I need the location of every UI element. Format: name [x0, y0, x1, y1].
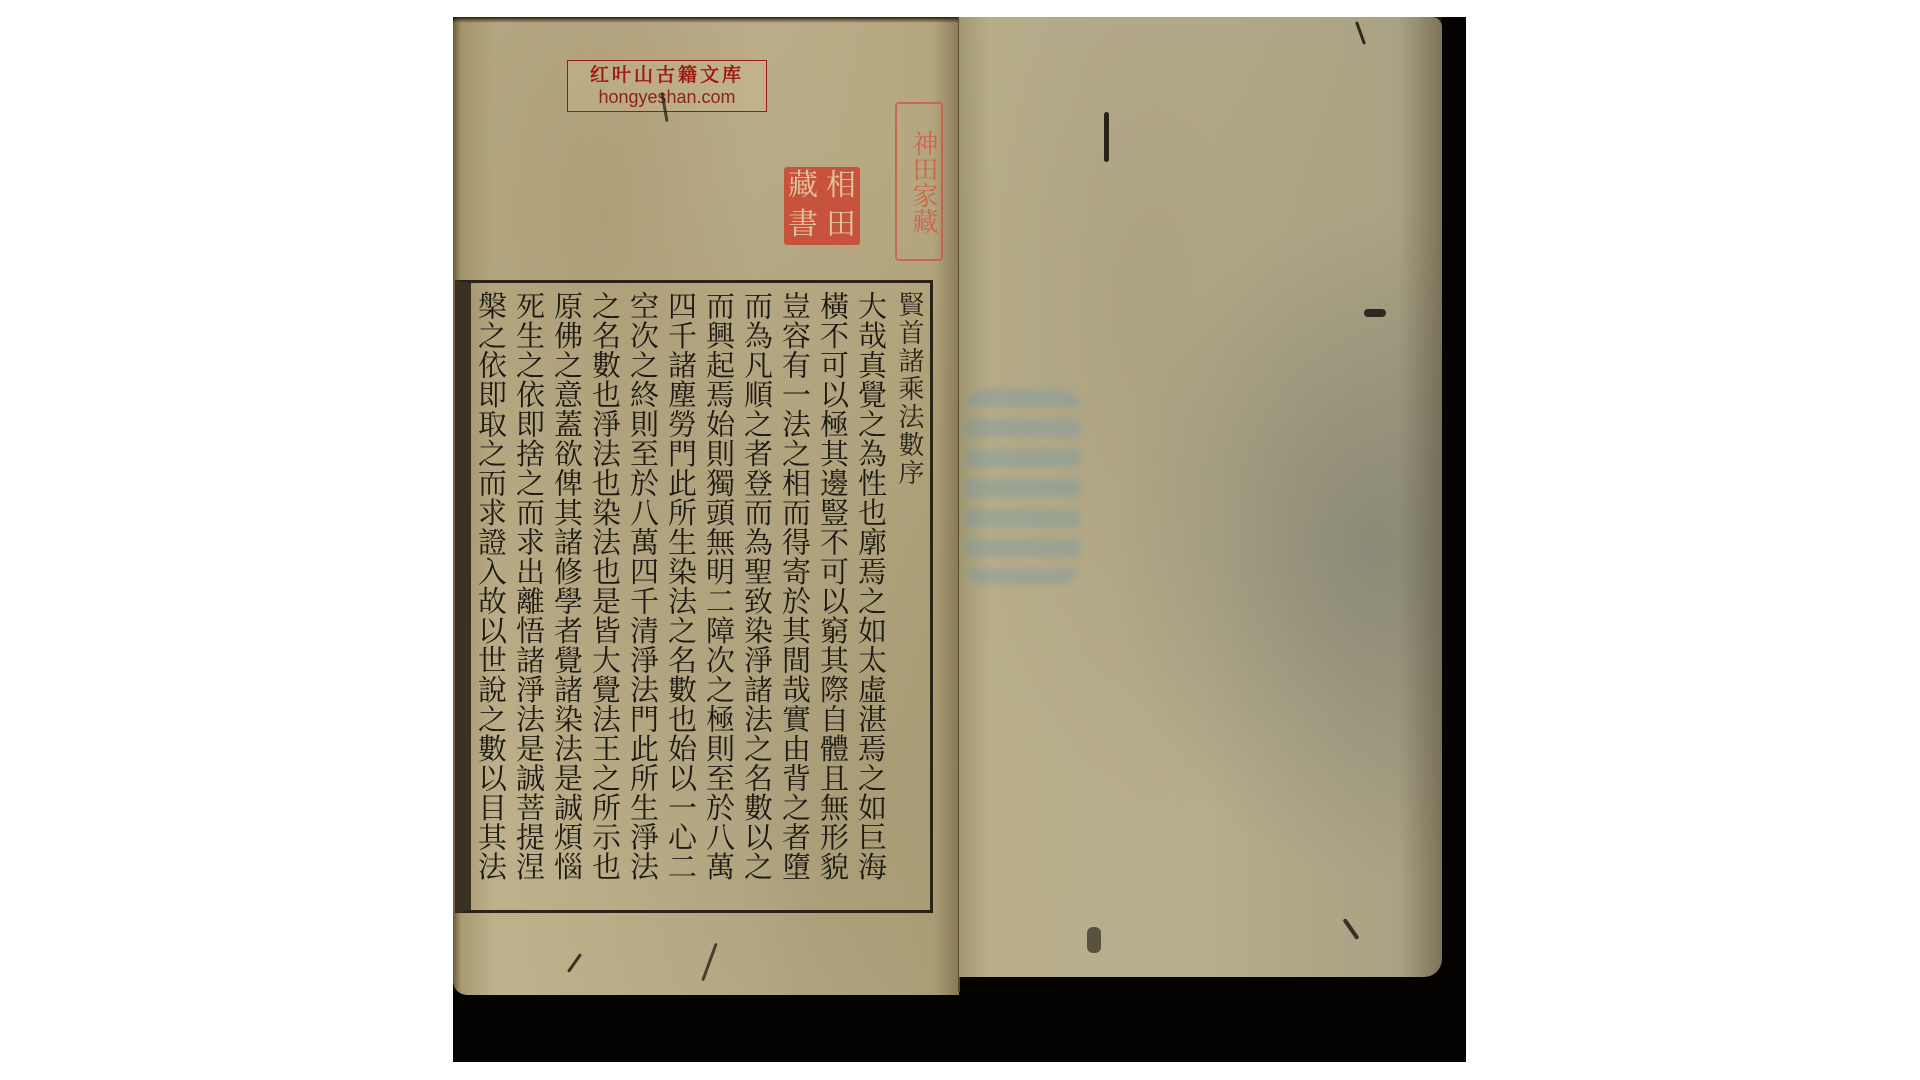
ink-blot [1087, 927, 1101, 953]
ink-blot [701, 943, 717, 982]
ink-blot [1342, 918, 1359, 940]
text-column: 大哉真覺之為性也廓焉之如太虛湛焉之如巨海 [852, 291, 890, 910]
seal-char: 田 [822, 206, 860, 245]
watermark-site: hongyeshan.com [568, 87, 766, 107]
collector-seal-tall: 神田家藏 [895, 102, 943, 261]
text-column: 而興起焉始則獨頭無明二障次之極則至於八萬 [700, 291, 738, 910]
seal-char: 相 [822, 167, 860, 206]
text-column: 之名數也淨法也染法也是皆大覺法王之所示也 [586, 291, 624, 910]
seal-char: 藏 [784, 167, 822, 206]
preface-title: 賢首諸乘法數序 [890, 291, 928, 910]
book-scan: 红叶山古籍文库 hongyeshan.com 神田家藏 藏 相 書 田 賢首諸乘… [453, 17, 1466, 1062]
seal-char: 書 [784, 206, 822, 245]
ink-blot [1104, 112, 1109, 162]
text-column: 死生之依即捨之而求出離悟諸淨法是誠菩提涅 [510, 291, 548, 910]
text-column: 原佛之意蓋欲俾其諸修學者覺諸染法是誠煩惱 [548, 291, 586, 910]
blue-stain [965, 389, 1080, 584]
text-column: 空次之終則至於八萬四千清淨法門此所生淨法 [624, 291, 662, 910]
text-column: 豈容有一法之相而得寄於其間哉實由背之者墮 [776, 291, 814, 910]
watermark-title: 红叶山古籍文库 [568, 63, 766, 87]
text-column: 槃之依即取之而求證入故以世說之數以目其法 [472, 291, 510, 910]
ink-blot [567, 953, 582, 973]
collector-seal-square: 藏 相 書 田 [784, 167, 860, 245]
watermark: 红叶山古籍文库 hongyeshan.com [567, 60, 767, 112]
text-column: 四千諸塵勞門此所生染法之名數也始以一心二 [662, 291, 700, 910]
text-column: 橫不可以極其邊豎不可以窮其際自體且無形貌 [814, 291, 852, 910]
text-columns: 賢首諸乘法數序 大哉真覺之為性也廓焉之如太虛湛焉之如巨海 橫不可以極其邊豎不可以… [469, 283, 930, 910]
ink-blot [1364, 309, 1386, 317]
left-page: 红叶山古籍文库 hongyeshan.com 神田家藏 藏 相 書 田 賢首諸乘… [453, 17, 959, 995]
text-block-frame: 賢首諸乘法數序 大哉真覺之為性也廓焉之如太虛湛焉之如巨海 橫不可以極其邊豎不可以… [455, 280, 933, 913]
ink-blot [1355, 21, 1366, 45]
text-column: 而為凡順之者登而為聖致染淨諸法之名數以之 [738, 291, 776, 910]
